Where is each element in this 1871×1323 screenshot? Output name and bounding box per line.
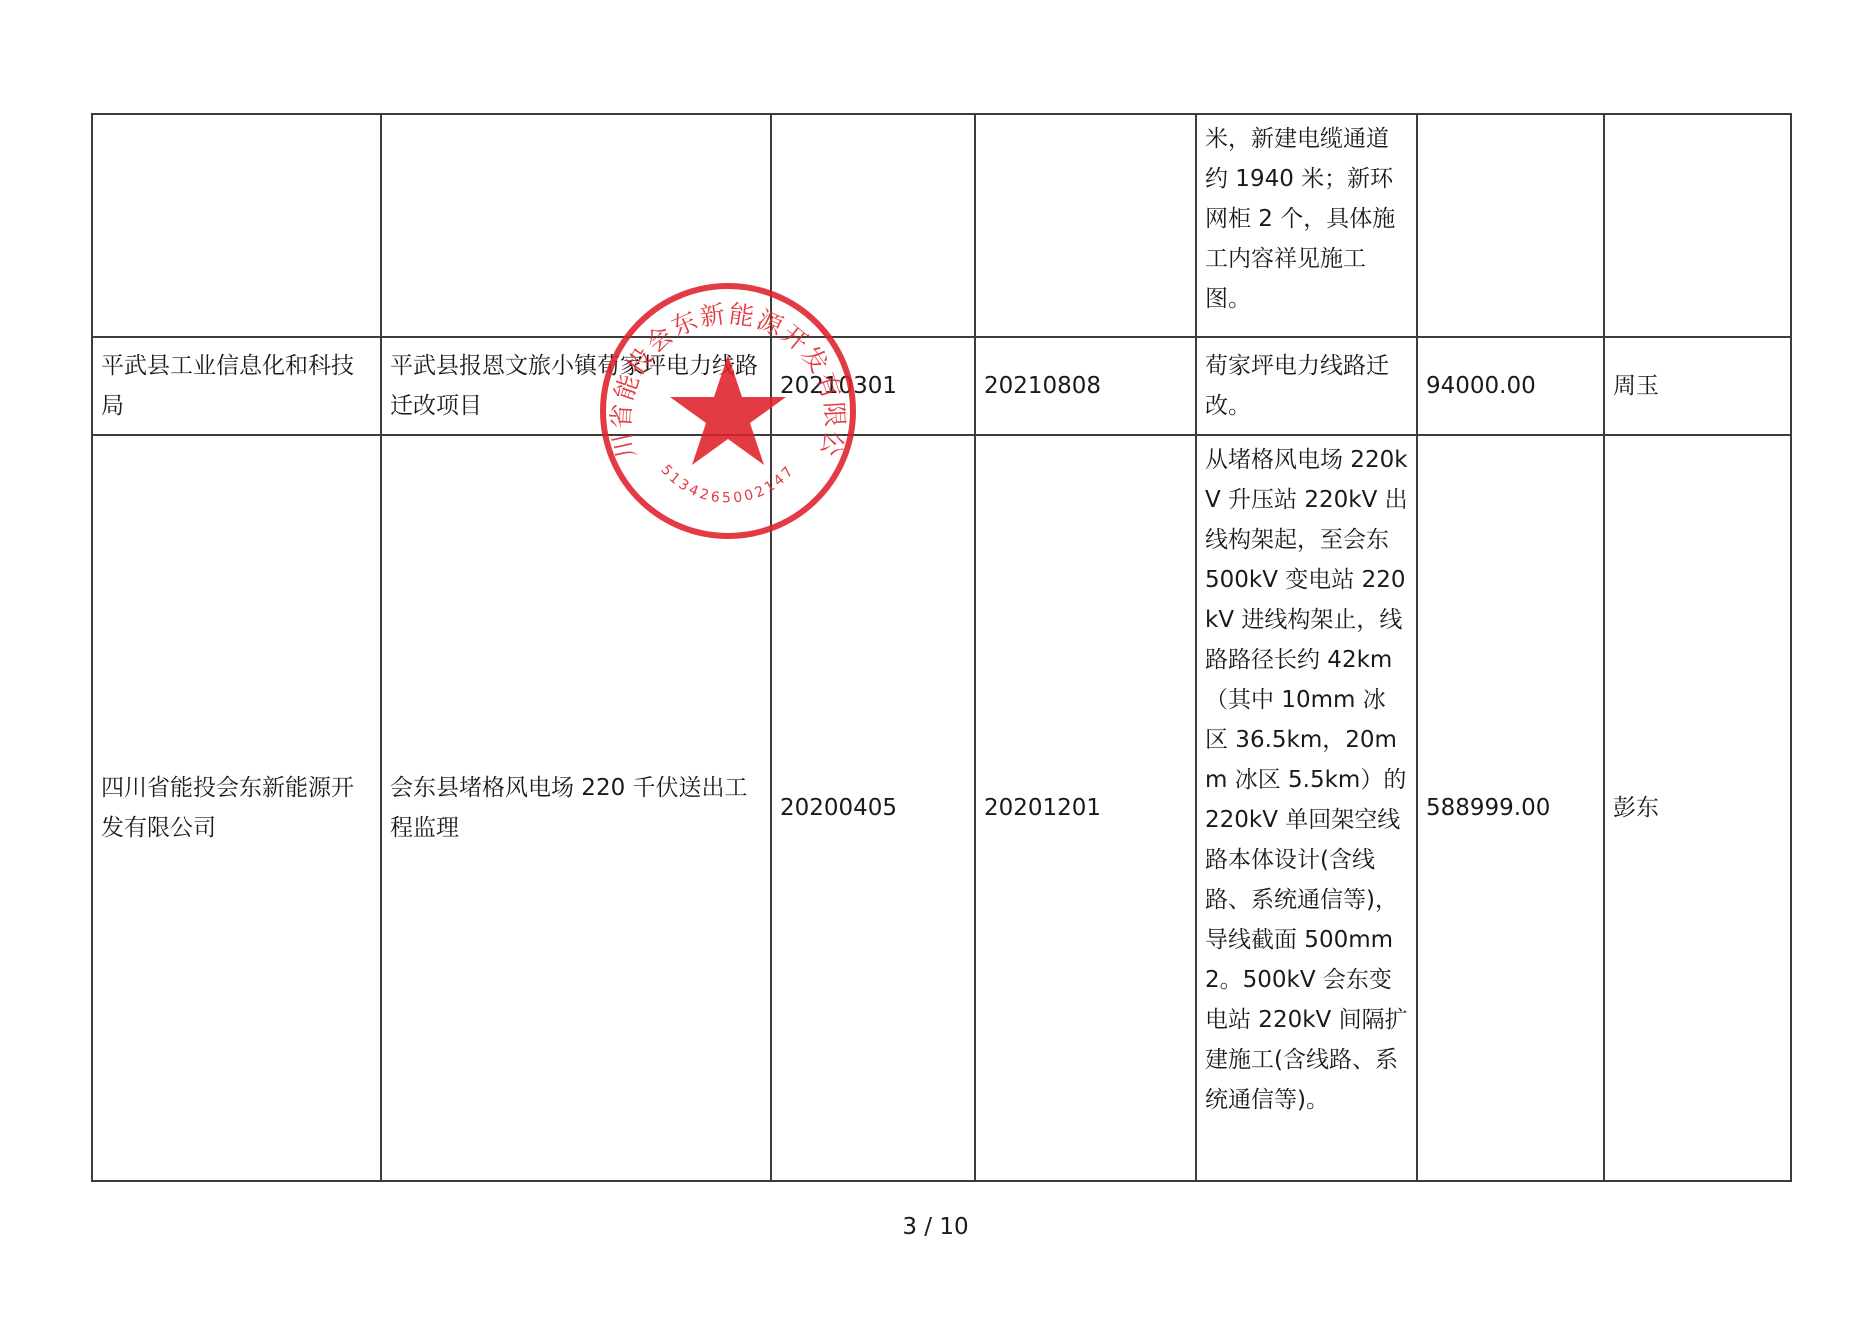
page-indicator: 3 / 10 [0,1214,1871,1240]
start-date-cell: 20200405 [771,435,975,1181]
content-cell: 荀家坪电力线路迁改。 [1196,337,1417,435]
table-row: 米，新建电缆通道约 1940 米；新环网柜 2 个，具体施工内容祥见施工图。 [92,114,1791,337]
project-cell [381,114,771,337]
end-date-cell: 20210808 [975,337,1196,435]
amount-cell: 94000.00 [1417,337,1604,435]
start-date-cell: 20210301 [771,337,975,435]
contact-cell: 周玉 [1604,337,1791,435]
project-table: 米，新建电缆通道约 1940 米；新环网柜 2 个，具体施工内容祥见施工图。 平… [91,113,1792,1182]
amount-cell [1417,114,1604,337]
content-cell: 从堵格风电场 220kV 升压站 220kV 出线构架起，至会东 500kV 变… [1196,435,1417,1181]
client-cell [92,114,381,337]
table-row: 四川省能投会东新能源开发有限公司 会东县堵格风电场 220 千伏送出工程监理 2… [92,435,1791,1181]
contact-cell [1604,114,1791,337]
end-date-cell: 20201201 [975,435,1196,1181]
content-cell: 米，新建电缆通道约 1940 米；新环网柜 2 个，具体施工内容祥见施工图。 [1196,114,1417,337]
client-cell: 平武县工业信息化和科技局 [92,337,381,435]
contact-cell: 彭东 [1604,435,1791,1181]
client-cell: 四川省能投会东新能源开发有限公司 [92,435,381,1181]
amount-cell: 588999.00 [1417,435,1604,1181]
end-date-cell [975,114,1196,337]
document-page: 米，新建电缆通道约 1940 米；新环网柜 2 个，具体施工内容祥见施工图。 平… [0,0,1871,1323]
project-cell: 会东县堵格风电场 220 千伏送出工程监理 [381,435,771,1181]
project-cell: 平武县报恩文旅小镇荀家坪电力线路迁改项目 [381,337,771,435]
start-date-cell [771,114,975,337]
table-row: 平武县工业信息化和科技局 平武县报恩文旅小镇荀家坪电力线路迁改项目 202103… [92,337,1791,435]
